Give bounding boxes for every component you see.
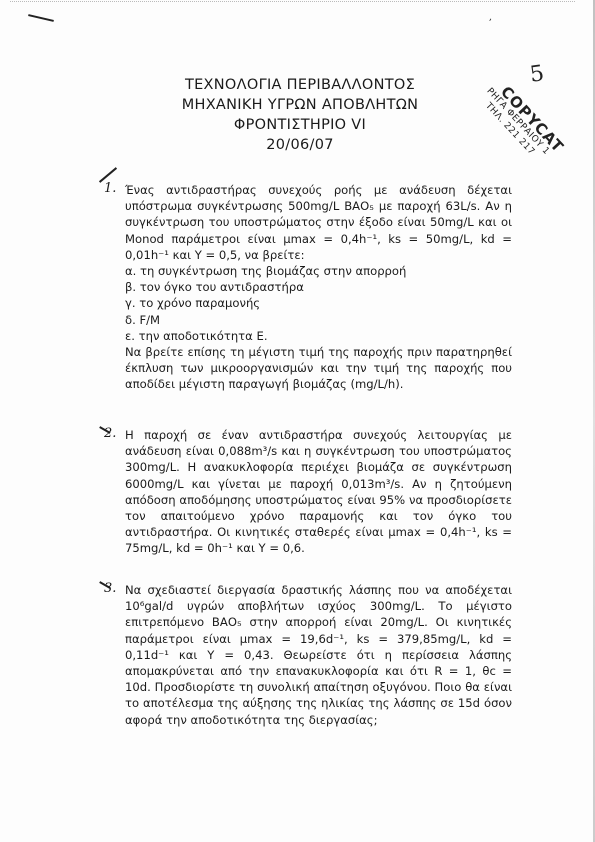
scan-edge-top — [10, 1, 575, 4]
problem-1: 1. Ένας αντιδραστήρας συνεχούς ροής με α… — [125, 182, 512, 393]
handwritten-page-number: 5 — [528, 61, 545, 88]
problem-2: 2. Η παροχή σε έναν αντιδραστήρα συνεχού… — [125, 427, 512, 557]
problem-number: 3. — [104, 581, 116, 597]
problem-statement: Η παροχή σε έναν αντιδραστήρα συνεχούς λ… — [125, 427, 512, 557]
problem-statement: Ένας αντιδραστήρας συνεχούς ροής με ανάδ… — [125, 182, 512, 263]
corner-pen-mark: ʼ — [487, 18, 492, 29]
sub-question-e: ε. την αποδοτικότητα Ε. — [125, 328, 512, 344]
tutorial-title: ΦΡΟΝΤΙΣΤΗΡΙΟ VI — [150, 115, 450, 135]
problem-statement: Να σχεδιαστεί διεργασία δραστικής λάσπης… — [125, 582, 512, 728]
course-subtitle: ΜΗΧΑΝΙΚΗ ΥΓΡΩΝ ΑΠΟΒΛΗΤΩΝ — [150, 95, 450, 115]
course-title: ΤΕΧΝΟΛΟΓΙΑ ΠΕΡΙΒΑΛΛΟΝΤΟΣ — [150, 75, 450, 95]
sub-question-b: β. τον όγκο του αντιδραστήρα — [125, 279, 512, 295]
problem-3: 3. Να σχεδιαστεί διεργασία δραστικής λάσ… — [125, 582, 512, 728]
sub-question-c: γ. το χρόνο παραμονής — [125, 295, 512, 311]
problem-number: 2. — [104, 426, 116, 442]
scanned-page: ʼ ΤΕΧΝΟΛΟΓΙΑ ΠΕΡΙΒΑΛΛΟΝΤΟΣ ΜΗΧΑΝΙΚΗ ΥΓΡΩ… — [0, 0, 595, 842]
document-header: ΤΕΧΝΟΛΟΓΙΑ ΠΕΡΙΒΑΛΛΟΝΤΟΣ ΜΗΧΑΝΙΚΗ ΥΓΡΩΝ … — [150, 75, 450, 155]
sub-question-a: α. τη συγκέντρωση της βιομάζας στην απορ… — [125, 263, 512, 279]
problem-closing: Να βρείτε επίσης τη μέγιστη τιμή της παρ… — [125, 344, 512, 393]
sub-question-d: δ. F/M — [125, 312, 512, 328]
document-date: 20/06/07 — [150, 135, 450, 155]
pen-stroke-mark — [28, 14, 54, 22]
problem-number: 1. — [104, 181, 116, 197]
